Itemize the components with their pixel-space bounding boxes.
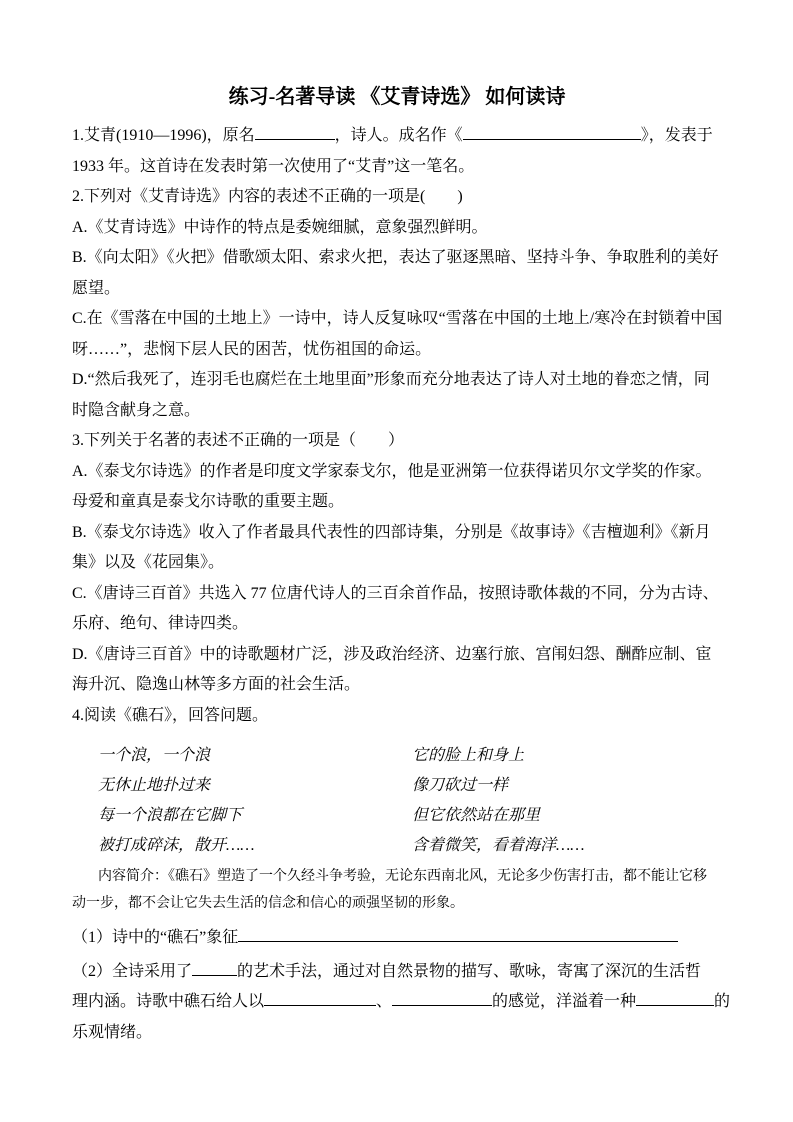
poem-line-left: 每一个浪都在它脚下: [98, 807, 242, 824]
document-page: 练习-名著导读 《艾青诗选》 如何读诗 1.艾青(1910—1996)，原名，诗…: [0, 0, 793, 1122]
poem-line-left: 被打成碎沫，散开……: [98, 837, 254, 854]
q3-option-d-line-2: 海升沉、隐逸山林等多方面的社会生活。: [72, 670, 722, 701]
q2-option-a: A.《艾青诗选》中诗作的特点是委婉细腻，意象强烈鲜明。: [72, 213, 722, 244]
q3-option-a-line-2: 母爱和童真是泰戈尔诗歌的重要主题。: [72, 487, 722, 518]
q4-sub1-text: （1）诗中的“礁石”象征: [72, 929, 238, 946]
q3-option-b-line-2: 集》以及《花园集》。: [72, 548, 722, 579]
q4-sub1-blank-symbolize: [238, 925, 678, 942]
q4-sub2-text-1: （2）全诗采用了: [72, 963, 192, 980]
poem-row: 被打成碎沫，散开……含着微笑，看着海洋……: [72, 831, 722, 861]
summary-line-2: 动一步，都不会让它失去生活的信念和信心的顽强坚韧的形象。: [72, 890, 722, 917]
summary-line-1: 内容简介：《礁石》塑造了一个久经斗争考验，无论东西南北风，无论多少伤害打击，都不…: [72, 863, 722, 890]
q4-sub2-blank-technique: [192, 959, 237, 976]
q3-stem: 3.下列关于名著的表述不正确的一项是（ ）: [72, 426, 722, 457]
q3-option-c-line-2: 乐府、绝句、律诗四类。: [72, 609, 722, 640]
q4-sub1: （1）诗中的“礁石”象征: [72, 923, 722, 954]
q2-option-b-line-2: 愿望。: [72, 274, 722, 305]
q3-option-a-line-1: A.《泰戈尔诗选》的作者是印度文学家泰戈尔，他是亚洲第一位获得诺贝尔文学奖的作家…: [72, 457, 722, 488]
q2-option-c-line-2: 呀……”，悲悯下层人民的困苦，忧伤祖国的命运。: [72, 335, 722, 366]
q4-stem: 4.阅读《礁石》，回答问题。: [72, 701, 722, 732]
q1-text-post: 》，发表于: [641, 127, 713, 144]
q1-text-pre: 1.艾青(1910—1996)，原名: [72, 127, 255, 144]
q1-blank-original-name: [255, 123, 335, 140]
poem-line-left: 一个浪，一个浪: [98, 747, 210, 764]
document-body: 1.艾青(1910—1996)，原名，诗人。成名作《》，发表于 1933 年。这…: [72, 121, 722, 1048]
q3-option-c-line-1: C.《唐诗三百首》共选入 77 位唐代诗人的三百余首作品，按照诗歌体裁的不同，分…: [72, 579, 722, 610]
page-title: 练习-名著导读 《艾青诗选》 如何读诗: [72, 0, 722, 110]
q1-text-mid: ，诗人。成名作《: [335, 127, 463, 144]
q4-sub2-line-1: （2）全诗采用了的艺术手法，通过对自然景物的描写、歌咏，寄寓了深沉的生活哲: [72, 957, 722, 988]
q4-sub2-line-2: 理内涵。诗歌中礁石给人以、的感觉，洋溢着一种的: [72, 987, 722, 1018]
q3-option-b-line-1: B.《泰戈尔诗选》收入了作者最具代表性的四部诗集，分别是《故事诗》《吉檀迦利》《…: [72, 518, 722, 549]
q2-option-d-line-2: 时隐含献身之意。: [72, 396, 722, 427]
q3-option-d-line-1: D.《唐诗三百首》中的诗歌题材广泛，涉及政治经济、边塞行旅、宫闱妇怨、酬酢应制、…: [72, 640, 722, 671]
q4-sub2-text-4: 、: [376, 993, 392, 1010]
q4-sub2-blank-feeling-2: [392, 989, 492, 1006]
q2-option-b-line-1: B.《向太阳》《火把》借歌颂太阳、索求火把，表达了驱逐黑暗、坚持斗争、争取胜利的…: [72, 243, 722, 274]
q4-sub2-blank-feeling-1: [264, 989, 376, 1006]
q4-sub2-text-5: 的感觉，洋溢着一种: [492, 993, 636, 1010]
q4-sub2-text-6: 的: [714, 993, 730, 1010]
poem-summary: 内容简介：《礁石》塑造了一个久经斗争考验，无论东西南北风，无论多少伤害打击，都不…: [72, 863, 722, 917]
q4-sub2-blank-mood: [636, 989, 714, 1006]
poem-line-right: 它的脸上和身上: [412, 741, 524, 771]
poem-row: 一个浪，一个浪它的脸上和身上: [72, 741, 722, 771]
q4-sub2-line-3: 乐观情绪。: [72, 1018, 722, 1049]
q4-sub2-text-3: 理内涵。诗歌中礁石给人以: [72, 993, 264, 1010]
q1-line-1: 1.艾青(1910—1996)，原名，诗人。成名作《》，发表于: [72, 121, 722, 152]
q1-blank-famous-work: [463, 123, 641, 140]
q2-stem: 2.下列对《艾青诗选》内容的表述不正确的一项是( ): [72, 182, 722, 213]
poem-row: 无休止地扑过来像刀砍过一样: [72, 771, 722, 801]
poem-row: 每一个浪都在它脚下但它依然站在那里: [72, 801, 722, 831]
q4-sub2-text-2: 的艺术手法，通过对自然景物的描写、歌咏，寄寓了深沉的生活哲: [237, 963, 701, 980]
q2-option-d-line-1: D.“然后我死了，连羽毛也腐烂在土地里面”形象而充分地表达了诗人对土地的眷恋之情…: [72, 365, 722, 396]
poem-jiaoshi: 一个浪，一个浪它的脸上和身上 无休止地扑过来像刀砍过一样 每一个浪都在它脚下但它…: [72, 741, 722, 861]
poem-line-right: 像刀砍过一样: [412, 771, 508, 801]
poem-line-right: 但它依然站在那里: [412, 801, 540, 831]
q2-option-c-line-1: C.在《雪落在中国的土地上》一诗中，诗人反复咏叹“雪落在中国的土地上/寒冷在封锁…: [72, 304, 722, 335]
poem-line-right: 含着微笑，看着海洋……: [412, 831, 584, 861]
poem-line-left: 无休止地扑过来: [98, 777, 210, 794]
q1-line-2: 1933 年。这首诗在发表时第一次使用了“艾青”这一笔名。: [72, 152, 722, 183]
